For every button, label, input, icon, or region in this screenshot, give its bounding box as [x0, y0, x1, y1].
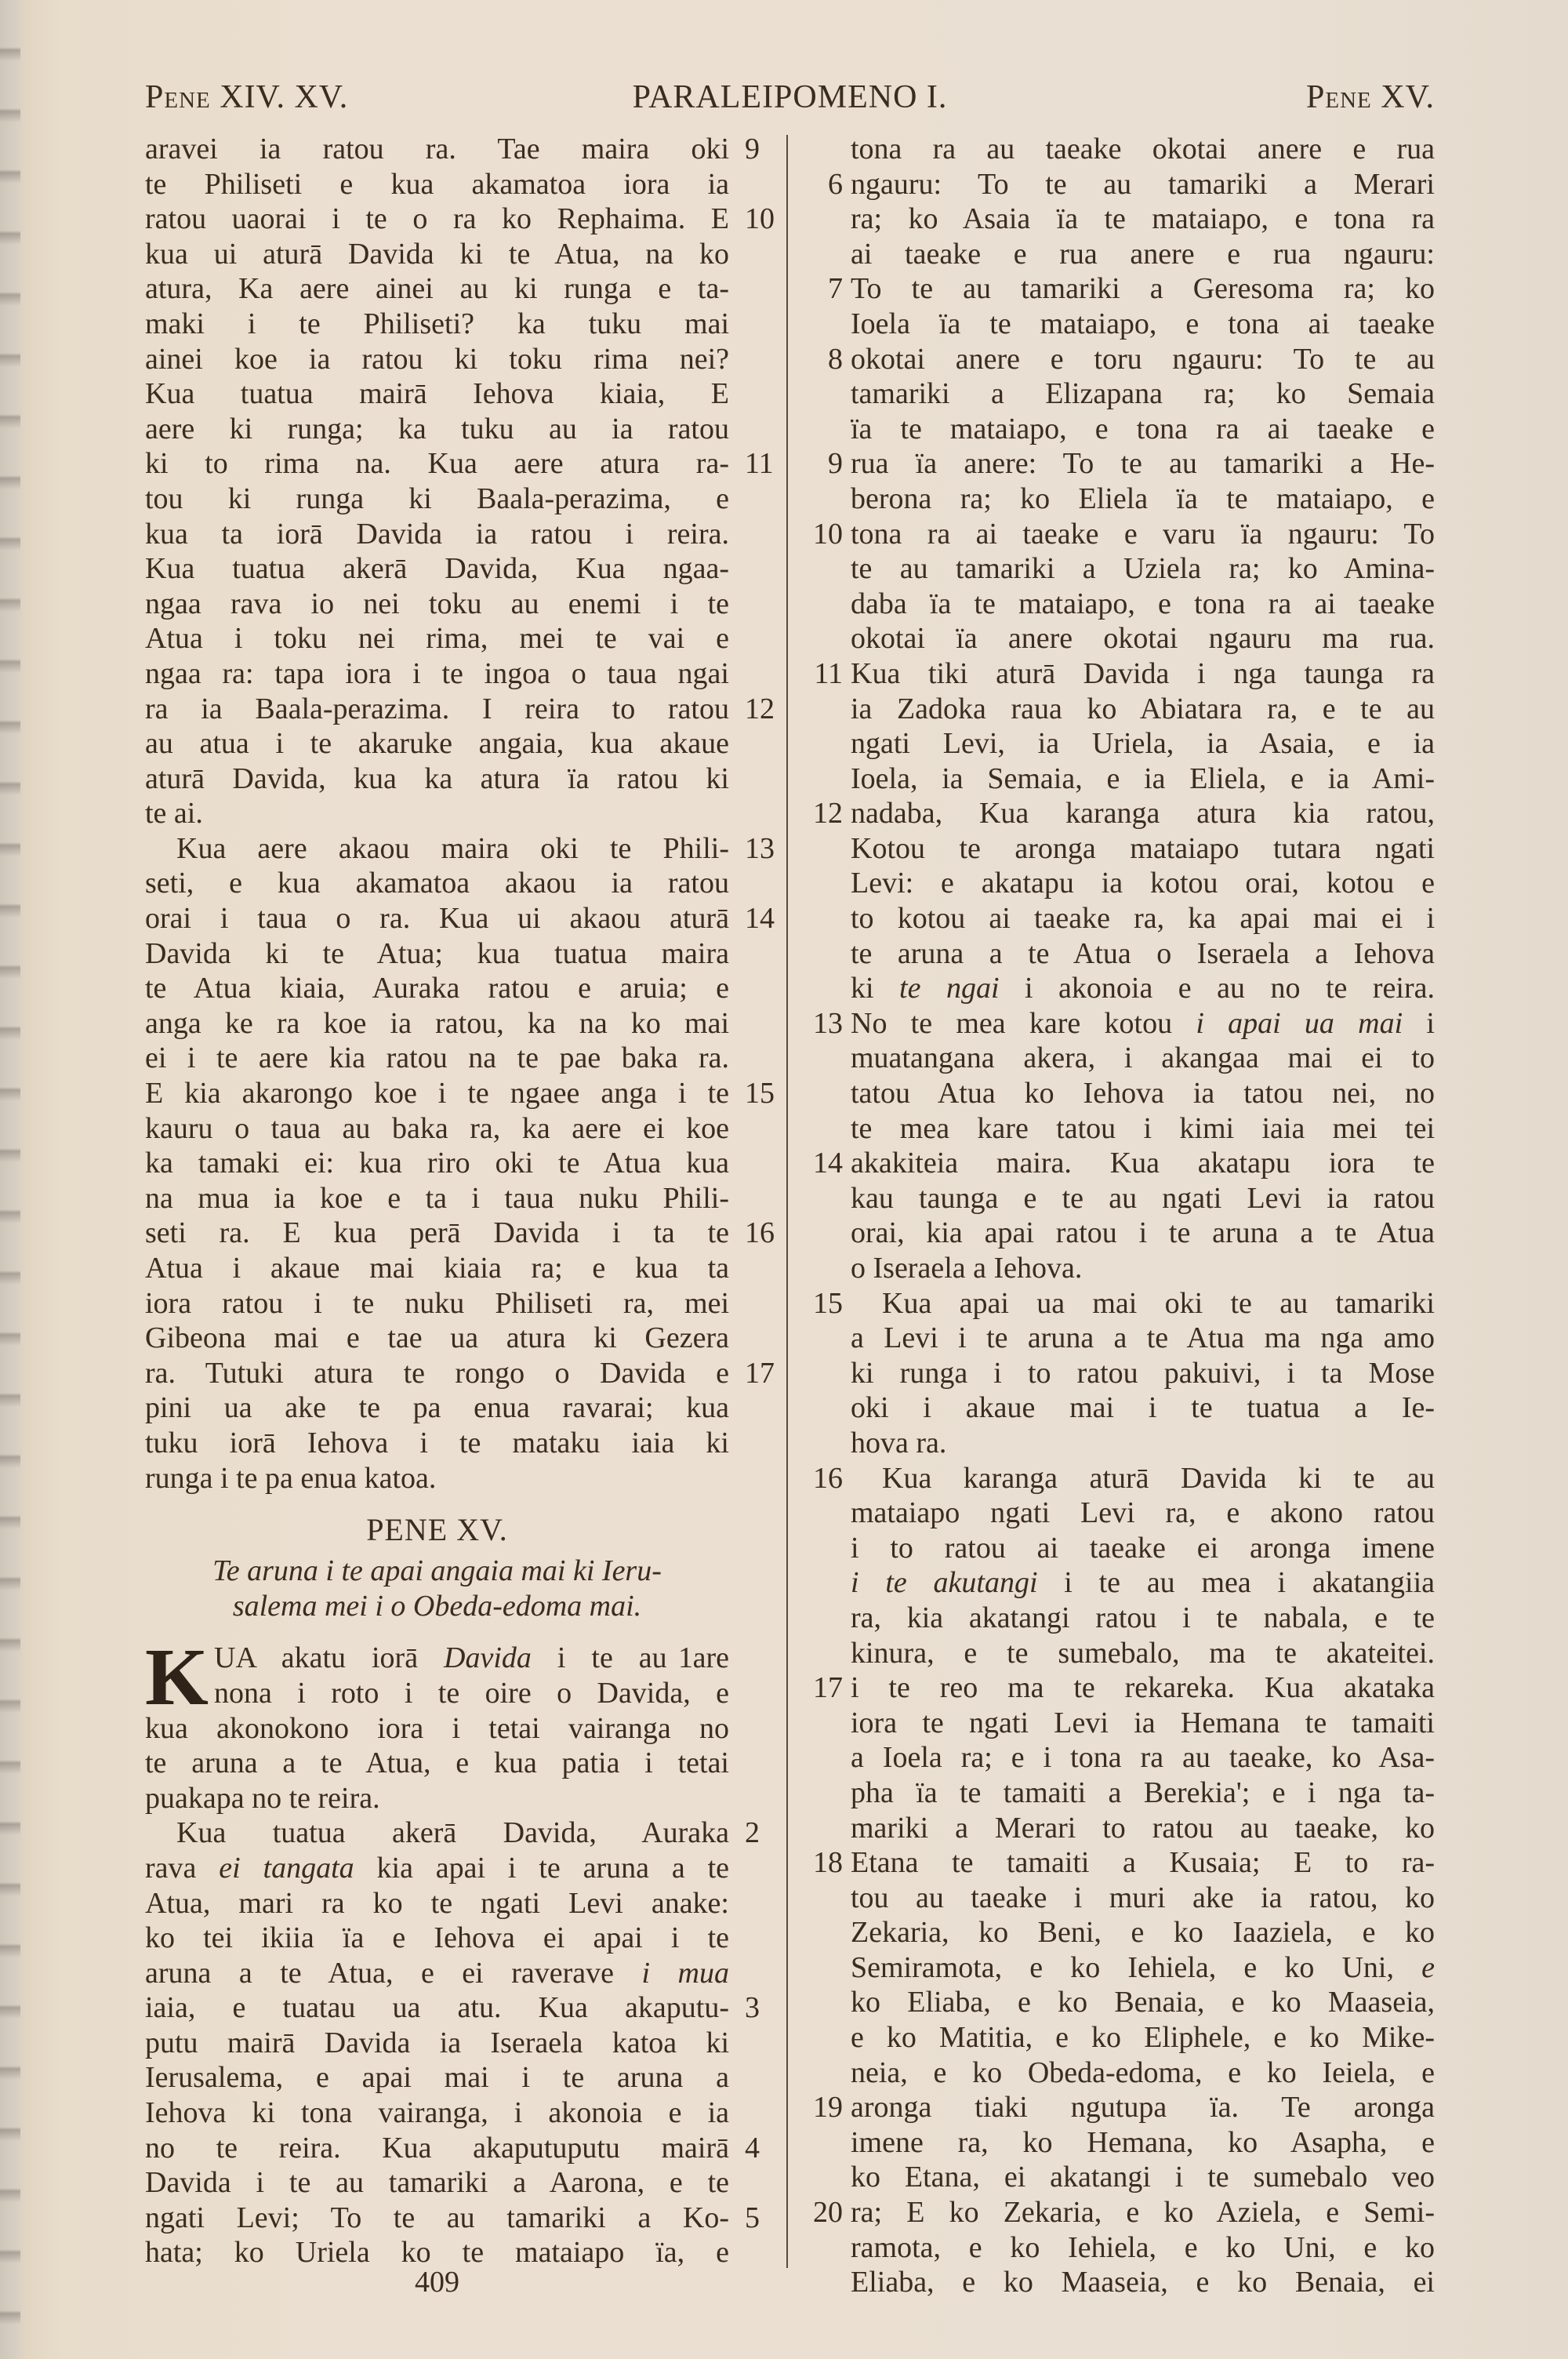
- text-line: ko Etana, ei akatangi i te sumebalo veo: [851, 2160, 1435, 2195]
- text-line: Kua tuatua akerā Davida, Kua ngaa-: [145, 551, 729, 587]
- text-line: kua ui aturā Davida ki te Atua, na ko: [145, 237, 729, 272]
- text-line: kauru o taua au baka ra, ka aere ei koe: [145, 1111, 729, 1147]
- text-line: neia, e ko Obeda-edoma, e ko Ieiela, e: [851, 2055, 1435, 2091]
- verse-number: 3: [745, 1990, 784, 2026]
- text-line: tamariki a Elizapana ra; ko Semaia: [851, 376, 1435, 412]
- text-line: te Philiseti e kua akamatoa iora ia: [145, 167, 729, 202]
- text-line: akakiteia maira. Kua akatapu iora te14: [851, 1146, 1435, 1181]
- text-line: kua ta iorā Davida ia ratou i reira.: [145, 517, 729, 552]
- text-line: nadaba, Kua karanga atura kia ratou,12: [851, 796, 1435, 831]
- verse-number: 5: [745, 2201, 784, 2236]
- text-line: oki i akaue mai i te tuatua a Ie-: [851, 1390, 1435, 1426]
- book-page: Pene XIV. XV. PARALEIPOMENO I. Pene XV. …: [0, 0, 1568, 2359]
- text-line: Kua aere akaou maira oki te Phili-13: [145, 831, 729, 867]
- text-line: putu mairā Davida ia Iseraela katoa ki: [145, 2026, 729, 2061]
- text-line: iora ratou i te nuku Philiseti ra, mei: [145, 1286, 729, 1321]
- text-line: aravei ia ratou ra. Tae maira oki9: [145, 132, 729, 167]
- verse-number: 8: [802, 342, 843, 377]
- text-line: berona ra; ko Eliela ïa te mataiapo, e: [851, 482, 1435, 517]
- text-line: E kia akarongo koe i te ngaee anga i te1…: [145, 1076, 729, 1111]
- summary-line: Te aruna i te apai angaia mai ki Ieru-: [145, 1554, 729, 1589]
- text-line: tatou Atua ko Iehova ia tatou nei, no: [851, 1076, 1435, 1111]
- text-line: na mua ia koe e ta i taua nuku Phili-: [145, 1181, 729, 1216]
- text-line: Atua i akaue mai kiaia ra; e kua ta: [145, 1251, 729, 1286]
- text-line: Semiramota, e ko Iehiela, e ko Uni, e: [851, 1950, 1435, 1986]
- text-line: Kua karanga aturā Davida ki te au16: [851, 1461, 1435, 1496]
- text-line: te Atua kiaia, Auraka ratou e aruia; e: [145, 971, 729, 1006]
- left-column: aravei ia ratou ra. Tae maira oki9te Phi…: [145, 132, 729, 2270]
- verse-number: 15: [802, 1286, 843, 1321]
- text-line: Levi: e akatapu ia kotou orai, kotou e: [851, 866, 1435, 901]
- text-line: aere ki runga; ka tuku au ia ratou: [145, 412, 729, 447]
- text-line: ko Eliaba, e ko Benaia, e ko Maaseia,: [851, 1985, 1435, 2020]
- text-line: ra, kia akatangi ratou i te nabala, e te: [851, 1601, 1435, 1636]
- right-column: tona ra au taeake okotai anere e ruangau…: [851, 132, 1435, 2300]
- text-line: tuku iorā Iehova i te mataku iaia ki: [145, 1426, 729, 1461]
- text-line: okotai ïa anere okotai ngauru ma rua.: [851, 621, 1435, 656]
- text-line: tona ra ai taeake e varu ïa ngauru: To10: [851, 517, 1435, 552]
- text-line: anga ke ra koe ia ratou, ka na ko mai: [145, 1006, 729, 1041]
- text-line: ia Zadoka raua ko Abiatara ra, e te au: [851, 692, 1435, 727]
- verse-number: 4: [745, 2131, 784, 2166]
- verse-number: 15: [745, 1076, 784, 1111]
- text-line: Kua tuatua mairā Iehova kiaia, E: [145, 376, 729, 412]
- text-line: kinura, e te sumebalo, ma te akateitei.: [851, 1636, 1435, 1671]
- page-number: 409: [145, 2265, 729, 2299]
- text-line: ainei koe ia ratou ki toku rima nei?: [145, 342, 729, 377]
- text-line: ra; E ko Zekaria, e ko Aziela, e Semi-20: [851, 2195, 1435, 2230]
- text-line: Eliaba, e ko Maaseia, e ko Benaia, ei: [851, 2265, 1435, 2300]
- text-line: i to ratou ai taeake ei aronga imene: [851, 1531, 1435, 1566]
- verse-number: 2: [745, 1816, 784, 1851]
- text-line: daba ïa te mataiapo, e tona ra ai taeake: [851, 587, 1435, 622]
- verse-number: 1: [678, 1641, 717, 1676]
- text-line: Ierusalema, e apai mai i te aruna a: [145, 2060, 729, 2095]
- text-line: a Ioela ra; e i tona ra au taeake, ko As…: [851, 1740, 1435, 1776]
- text-line: ko tei ikiia ïa e Iehova ei apai i te: [145, 1921, 729, 1956]
- text-line: Davida i te au tamariki a Aarona, e te: [145, 2165, 729, 2201]
- running-head-title: PARALEIPOMENO I.: [145, 78, 1435, 116]
- text-line: Atua, mari ra ko te ngati Levi anake:: [145, 1886, 729, 1921]
- text-line: mariki a Merari to ratou au taeake, ko: [851, 1811, 1435, 1846]
- text-line: atura, Ka aere ainei au ki runga e ta-: [145, 271, 729, 307]
- running-head: Pene XIV. XV. PARALEIPOMENO I. Pene XV.: [145, 78, 1435, 122]
- text-line: Ioela ïa te mataiapo, e tona ai taeake: [851, 307, 1435, 342]
- text-line: te ai.: [145, 796, 729, 831]
- text-line: runga i te pa enua katoa.: [145, 1461, 729, 1496]
- text-line: Etana te tamaiti a Kusaia; E to ra-18: [851, 1845, 1435, 1881]
- text-line: nona i roto i te oire o Davida, e: [145, 1676, 729, 1711]
- text-line: hova ra.: [851, 1426, 1435, 1461]
- text-line: ra. Tutuki atura te rongo o Davida e17: [145, 1356, 729, 1391]
- verse-number: 18: [802, 1845, 843, 1881]
- text-line: mataiapo ngati Levi ra, e akono ratou: [851, 1496, 1435, 1531]
- text-line: rava ei tangata kia apai i te aruna a te: [145, 1851, 729, 1886]
- text-line: UA akatu iorā Davida i te au are 1: [145, 1641, 729, 1676]
- text-line: Kua tuatua akerā Davida, Auraka2: [145, 1816, 729, 1851]
- text-line: ki to rima na. Kua aere atura ra-11: [145, 446, 729, 482]
- summary-line: salema mei i o Obeda-edoma mai.: [145, 1589, 729, 1624]
- text-line: ai taeake e rua anere e rua ngauru:: [851, 237, 1435, 272]
- text-line: Iehova ki tona vairanga, i akonoia e ia: [145, 2095, 729, 2131]
- text-line: pini ua ake te pa enua ravarai; kua: [145, 1390, 729, 1426]
- text-line: ka tamaki ei: kua riro oki te Atua kua: [145, 1146, 729, 1181]
- text-line: te au tamariki a Uziela ra; ko Amina-: [851, 551, 1435, 587]
- verse-number: 12: [745, 692, 784, 727]
- text-line: tona ra au taeake okotai anere e rua: [851, 132, 1435, 167]
- text-line: au atua i te akaruke angaia, kua akaue: [145, 726, 729, 761]
- text-line: imene ra, ko Hemana, ko Asapha, e: [851, 2125, 1435, 2161]
- text-line: ïa te mataiapo, e tona ra ai taeake e: [851, 412, 1435, 447]
- text-line: No te mea kare kotou i apai ua mai i13: [851, 1006, 1435, 1041]
- text-line: no te reira. Kua akaputuputu mairā4: [145, 2131, 729, 2166]
- text-line: ngaa rava io nei toku au enemi i te: [145, 587, 729, 622]
- text-line: muatangana akera, i akangaa mai ei to: [851, 1041, 1435, 1076]
- chapter-summary: Te aruna i te apai angaia mai ki Ieru- s…: [145, 1554, 729, 1623]
- text-line: ngati Levi; To te au tamariki a Ko-5: [145, 2201, 729, 2236]
- text-line: i te akutangi i te au mea i akatangiia: [851, 1565, 1435, 1601]
- text-line: ei i te aere kia ratou na te pae baka ra…: [145, 1041, 729, 1076]
- verse-number: 12: [802, 796, 843, 831]
- left-column-text-continued: kua akonokono iora i tetai vairanga note…: [145, 1711, 729, 2271]
- text-line: iora te ngati Levi ia Hemana te tamaiti: [851, 1706, 1435, 1741]
- verse-number: 7: [802, 271, 843, 307]
- verse-number: 19: [802, 2090, 843, 2125]
- text-line: ki runga i to ratou pakuivi, i ta Mose: [851, 1356, 1435, 1391]
- verse-number: 16: [745, 1216, 784, 1251]
- verse-number: 9: [802, 446, 843, 482]
- text-line: maki i te Philiseti? ka tuku mai: [145, 307, 729, 342]
- verse-number: 14: [802, 1146, 843, 1181]
- text-line: i te reo ma te rekareka. Kua akataka17: [851, 1670, 1435, 1706]
- verse-number: 11: [802, 656, 843, 692]
- text-line: te mea kare tatou i kimi iaia mei tei: [851, 1111, 1435, 1147]
- text-line: okotai anere e toru ngauru: To te au8: [851, 342, 1435, 377]
- verse-number: 9: [745, 132, 784, 167]
- text-line: o Iseraela a Iehova.: [851, 1251, 1435, 1286]
- text-line: te aruna a te Atua, e kua patia i tetai: [145, 1746, 729, 1781]
- text-line: iaia, e tuatau ua atu. Kua akaputu-3: [145, 1990, 729, 2026]
- text-line: tou ki runga ki Baala-perazima, e: [145, 482, 729, 517]
- running-head-right: Pene XV.: [1306, 78, 1435, 116]
- verse-number: 13: [745, 831, 784, 867]
- text-line: puakapa no te reira.: [145, 1781, 729, 1816]
- text-line: seti ra. E kua perā Davida i ta te16: [145, 1216, 729, 1251]
- text-line: pha ïa te tamaiti a Berekia'; e i nga ta…: [851, 1776, 1435, 1811]
- text-line: aturā Davida, kua ka atura ïa ratou ki: [145, 761, 729, 797]
- text-line: ra; ko Asaia ïa te mataiapo, e tona ra: [851, 202, 1435, 237]
- text-line: ramota, e ko Iehiela, e ko Uni, e ko: [851, 2230, 1435, 2266]
- verse-number: 14: [745, 901, 784, 936]
- text-line: a Levi i te aruna a te Atua ma nga amo: [851, 1321, 1435, 1356]
- text-line: To te au tamariki a Geresoma ra; ko7: [851, 271, 1435, 307]
- text-line: to kotou ai taeake ra, ka apai mai ei i: [851, 901, 1435, 936]
- chapter-heading: PENE XV.: [145, 1507, 729, 1554]
- column-divider: [786, 135, 788, 2268]
- text-line: Kua tiki aturā Davida i nga taunga ra11: [851, 656, 1435, 692]
- chapter-opening: K UA akatu iorā Davida i te au are 1 non…: [145, 1641, 729, 1710]
- text-line: e ko Matitia, e ko Eliphele, e ko Mike-: [851, 2020, 1435, 2055]
- text-line: seti, e kua akamatoa akaou ia ratou: [145, 866, 729, 901]
- text-line: ki te ngai i akonoia e au no te reira.: [851, 971, 1435, 1006]
- text-line: ratou uaorai i te o ra ko Rephaima. E10: [145, 202, 729, 237]
- text-line: Zekaria, ko Beni, e ko Iaaziela, e ko: [851, 1915, 1435, 1950]
- text-line: tou au taeake i muri ake ia ratou, ko: [851, 1881, 1435, 1916]
- verse-number: 10: [802, 517, 843, 552]
- verse-number: 13: [802, 1006, 843, 1041]
- text-line: Ioela, ia Semaia, e ia Eliela, e ia Ami-: [851, 761, 1435, 797]
- text-line: Davida ki te Atua; kua tuatua maira: [145, 936, 729, 972]
- text-line: Kua apai ua mai oki te au tamariki15: [851, 1286, 1435, 1321]
- verse-number: 20: [802, 2195, 843, 2230]
- text-line: ngati Levi, ia Uriela, ia Asaia, e ia: [851, 726, 1435, 761]
- text-line: te aruna a te Atua o Iseraela a Iehova: [851, 936, 1435, 972]
- facing-page-edge: [0, 0, 20, 2359]
- text-line: Atua i toku nei rima, mei te vai e: [145, 621, 729, 656]
- text-line: rua ïa anere: To te au tamariki a He-9: [851, 446, 1435, 482]
- text-line: Gibeona mai e tae ua atura ki Gezera: [145, 1321, 729, 1356]
- text-line: kau taunga e te au ngati Levi ia ratou: [851, 1181, 1435, 1216]
- text-line: orai i taua o ra. Kua ui akaou aturā14: [145, 901, 729, 936]
- text-line: aronga tiaki ngutupa ïa. Te aronga19: [851, 2090, 1435, 2125]
- text-line: ngaa ra: tapa iora i te ingoa o taua nga…: [145, 656, 729, 692]
- text-line: ra ia Baala-perazima. I reira to ratou12: [145, 692, 729, 727]
- text-line: orai, kia apai ratou i te aruna a te Atu…: [851, 1216, 1435, 1251]
- text-line: Kotou te aronga mataiapo tutara ngati: [851, 831, 1435, 867]
- verse-number: 10: [745, 202, 784, 237]
- left-column-text: aravei ia ratou ra. Tae maira oki9te Phi…: [145, 132, 729, 1496]
- right-column-text: tona ra au taeake okotai anere e ruangau…: [851, 132, 1435, 2300]
- text-line: aruna a te Atua, e ei raverave i mua: [145, 1956, 729, 1991]
- verse-number: 6: [802, 167, 843, 202]
- verse-number: 17: [745, 1356, 784, 1391]
- verse-number: 11: [745, 446, 784, 482]
- text-line: ngauru: To te au tamariki a Merari6: [851, 167, 1435, 202]
- text-line: kua akonokono iora i tetai vairanga no: [145, 1711, 729, 1747]
- verse-number: 17: [802, 1670, 843, 1706]
- verse-number: 16: [802, 1461, 843, 1496]
